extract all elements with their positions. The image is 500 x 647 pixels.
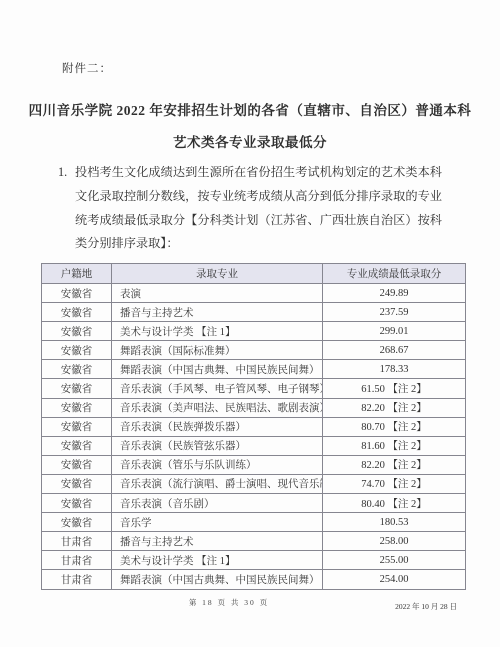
table-row: 安徽省 美术与设计学类 【注 1】 299.01 (42, 322, 466, 341)
cell-major: 音乐表演（美声唱法、民族唱法、歌剧表演） (112, 398, 323, 417)
cell-province: 安徽省 (42, 303, 112, 322)
cell-major: 音乐表演（流行演唱、爵士演唱、现代音乐制作） (112, 474, 323, 493)
footer-page-number: 第 18 页 共 30 页 (0, 597, 458, 608)
cell-province: 安徽省 (42, 474, 112, 493)
attachment-label: 附件二： (62, 60, 112, 76)
intro-paragraph: 1. 投档考生文化成绩达到生源所在省份招生考试机构划定的艺术类本科文化录取控制分… (58, 161, 442, 256)
cell-province: 安徽省 (42, 455, 112, 474)
cell-province: 甘肃省 (42, 570, 112, 589)
col-header-score: 专业成绩最低录取分 (323, 264, 466, 284)
paragraph-line: 类分别排序录取】： (75, 232, 442, 256)
table-row: 安徽省 表演 249.89 (42, 284, 466, 303)
cell-score: 249.89 (323, 284, 466, 303)
cell-score: 82.20 【注 2】 (323, 398, 466, 417)
cell-score: 254.00 (323, 570, 466, 589)
table-row: 安徽省 舞蹈表演（中国古典舞、中国民族民间舞） 178.33 (42, 360, 466, 379)
doc-title-line2: 艺术类各专业录取最低分 (0, 131, 500, 151)
cell-score: 180.53 (323, 513, 466, 532)
cell-province: 安徽省 (42, 360, 112, 379)
cell-score: 61.50 【注 2】 (323, 379, 466, 398)
cell-province: 安徽省 (42, 513, 112, 532)
doc-title: 四川音乐学院 2022 年安排招生计划的各省（直辖市、自治区）普通本科 艺术类各… (0, 99, 500, 151)
table-row: 安徽省 音乐表演（流行演唱、爵士演唱、现代音乐制作） 74.70 【注 2】 (42, 474, 466, 493)
table-row: 安徽省 音乐表演（音乐剧） 80.40 【注 2】 (42, 494, 466, 513)
table-row: 甘肃省 播音与主持艺术 258.00 (42, 532, 466, 551)
col-header-province: 户籍地 (42, 264, 112, 284)
cell-major: 美术与设计学类 【注 1】 (112, 322, 323, 341)
paragraph-line: 投档考生文化成绩达到生源所在省份招生考试机构划定的艺术类本科 (75, 161, 442, 185)
cell-province: 安徽省 (42, 379, 112, 398)
table-row: 安徽省 播音与主持艺术 237.59 (42, 303, 466, 322)
cell-score: 80.70 【注 2】 (323, 417, 466, 436)
cell-major: 表演 (112, 284, 323, 303)
paragraph-line: 文化录取控制分数线，按专业统考成绩从高分到低分排序录取的专业 (75, 185, 442, 209)
cell-province: 安徽省 (42, 341, 112, 360)
cell-major: 音乐学 (112, 513, 323, 532)
table-row: 安徽省 音乐表演（民族管弦乐器） 81.60 【注 2】 (42, 436, 466, 455)
cell-major: 播音与主持艺术 (112, 303, 323, 322)
scores-table: 户籍地 录取专业 专业成绩最低录取分 安徽省 表演 249.89 安徽省 播音与… (41, 263, 466, 590)
table-row: 安徽省 舞蹈表演（国际标准舞） 268.67 (42, 341, 466, 360)
paragraph-lines: 投档考生文化成绩达到生源所在省份招生考试机构划定的艺术类本科文化录取控制分数线，… (75, 161, 442, 256)
table-row: 安徽省 音乐表演（民族弹拨乐器） 80.70 【注 2】 (42, 417, 466, 436)
footer-date: 2022 年 10 月 28 日 (395, 601, 457, 612)
cell-province: 甘肃省 (42, 532, 112, 551)
table-row: 甘肃省 美术与设计学类 【注 1】 255.00 (42, 551, 466, 570)
cell-major: 舞蹈表演（中国古典舞、中国民族民间舞） (112, 570, 323, 589)
cell-score: 80.40 【注 2】 (323, 494, 466, 513)
doc-title-line1: 四川音乐学院 2022 年安排招生计划的各省（直辖市、自治区）普通本科 (0, 99, 500, 119)
cell-score: 237.59 (323, 303, 466, 322)
cell-major: 音乐表演（民族弹拨乐器） (112, 417, 323, 436)
cell-score: 299.01 (323, 322, 466, 341)
cell-province: 安徽省 (42, 436, 112, 455)
paragraph-number: 1. (58, 161, 67, 185)
table-header-row: 户籍地 录取专业 专业成绩最低录取分 (42, 264, 466, 284)
table-row: 安徽省 音乐学 180.53 (42, 513, 466, 532)
cell-province: 安徽省 (42, 322, 112, 341)
cell-major: 音乐表演（民族管弦乐器） (112, 436, 323, 455)
cell-major: 音乐表演（音乐剧） (112, 494, 323, 513)
cell-province: 安徽省 (42, 284, 112, 303)
cell-province: 安徽省 (42, 417, 112, 436)
cell-score: 81.60 【注 2】 (323, 436, 466, 455)
cell-score: 74.70 【注 2】 (323, 474, 466, 493)
table-row: 甘肃省 舞蹈表演（中国古典舞、中国民族民间舞） 254.00 (42, 570, 466, 589)
cell-major: 舞蹈表演（中国古典舞、中国民族民间舞） (112, 360, 323, 379)
cell-score: 178.33 (323, 360, 466, 379)
cell-province: 甘肃省 (42, 551, 112, 570)
cell-province: 安徽省 (42, 494, 112, 513)
col-header-major: 录取专业 (112, 264, 323, 284)
cell-major: 美术与设计学类 【注 1】 (112, 551, 323, 570)
cell-score: 255.00 (323, 551, 466, 570)
cell-province: 安徽省 (42, 398, 112, 417)
table-row: 安徽省 音乐表演（手风琴、电子管风琴、电子钢琴） 61.50 【注 2】 (42, 379, 466, 398)
table-row: 安徽省 音乐表演（美声唱法、民族唱法、歌剧表演） 82.20 【注 2】 (42, 398, 466, 417)
cell-major: 舞蹈表演（国际标准舞） (112, 341, 323, 360)
cell-major: 音乐表演（手风琴、电子管风琴、电子钢琴） (112, 379, 323, 398)
table-row: 安徽省 音乐表演（管乐与乐队训练） 82.20 【注 2】 (42, 455, 466, 474)
cell-major: 音乐表演（管乐与乐队训练） (112, 455, 323, 474)
cell-score: 82.20 【注 2】 (323, 455, 466, 474)
cell-major: 播音与主持艺术 (112, 532, 323, 551)
cell-score: 268.67 (323, 341, 466, 360)
paragraph-line: 统考成绩最低录取分【分科类计划（江苏省、广西壮族自治区）按科 (75, 209, 442, 233)
cell-score: 258.00 (323, 532, 466, 551)
